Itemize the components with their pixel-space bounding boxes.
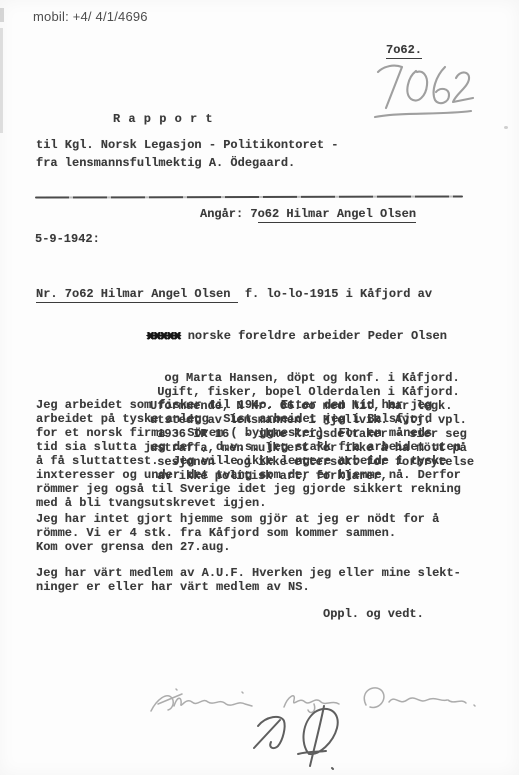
- scan-edge-artifact: [0, 28, 3, 133]
- report-date: 5-9-1942:: [35, 232, 100, 246]
- subject-prefix: Angår: 7: [200, 207, 258, 221]
- signature-initials-strokes: [240, 704, 380, 774]
- subject-line: Angår: 7o62 Hilmar Angel Olsen: [200, 207, 416, 221]
- document-number-handwritten: [369, 57, 477, 123]
- report-title: R a p p o r t: [113, 112, 213, 126]
- scan-edge-artifact: [0, 8, 4, 22]
- scanned-report-page: mobil: +4/ 4/1/4696 7o62. R a p p o r t …: [0, 0, 519, 775]
- subject-underlined: o62 Hilmar Angel Olsen: [258, 207, 416, 223]
- subject-name-underlined: Nr. 7o62 Hilmar Angel Olsen: [36, 287, 238, 303]
- overtyped-struck-word: xxxxx: [147, 329, 181, 343]
- personalia-line2: xxxxx norske foreldre arbeider Peder Ols…: [36, 329, 474, 343]
- handwritten-7062-strokes: [369, 57, 477, 123]
- recipient-line: til Kgl. Norsk Legasjon - Politikontoret…: [36, 138, 338, 152]
- paragraph-memberships: Jeg har värt medlem av A.U.F. Hverken je…: [36, 566, 461, 594]
- scan-speck: [504, 126, 508, 129]
- paragraph-escape: Jeg har intet gjort hjemme som gjör at j…: [36, 512, 439, 554]
- archive-overlay-label: mobil: +4/ 4/1/4696: [33, 9, 148, 24]
- document-number-typed: 7o62.: [386, 43, 422, 57]
- birth-info: f. lo-lo-1915 i Kåfjord av: [238, 287, 432, 301]
- signature-initials: [240, 704, 380, 774]
- paragraph-work-history: Jeg arbeidet som fisker til 194o. Etter …: [36, 398, 461, 510]
- parents-info: norske foreldre arbeider Peder Olsen: [181, 329, 447, 343]
- sender-line: fra lensmannsfullmektig A. Ödegaard.: [36, 156, 295, 170]
- closing-line: Oppl. og vedt.: [323, 607, 424, 621]
- horizontal-rule: [35, 195, 463, 198]
- personalia-line1: Nr. 7o62 Hilmar Angel Olsen f. lo-lo-191…: [36, 287, 474, 301]
